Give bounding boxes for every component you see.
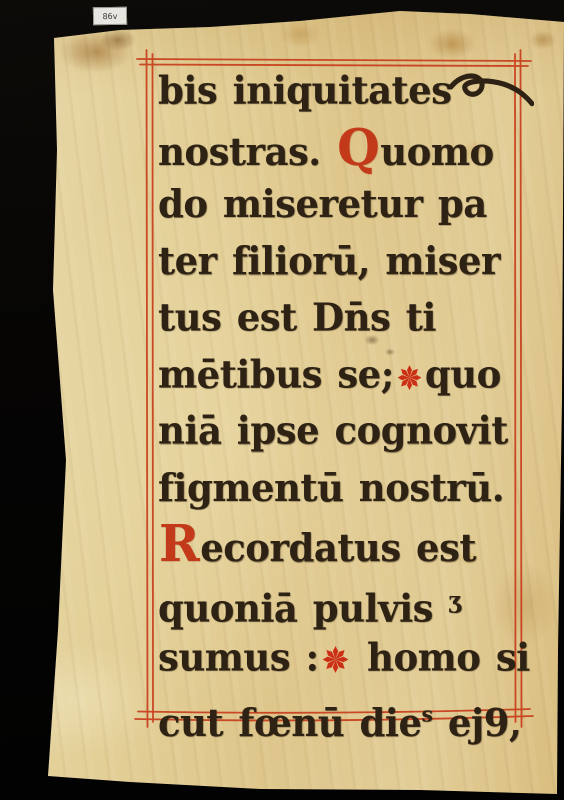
text-segment: nostras. bbox=[158, 128, 336, 174]
text-segment: uomo bbox=[380, 128, 493, 174]
rubric-star-icon bbox=[397, 364, 422, 390]
flex-punctuation-mark: ʒ bbox=[448, 587, 460, 614]
manuscript-text-line: ter filiorū, miser bbox=[158, 232, 530, 289]
text-segment: sumus : bbox=[158, 634, 319, 680]
folio-label-text: 86v bbox=[102, 11, 117, 20]
manuscript-text-line: bis iniquitates bbox=[158, 62, 530, 119]
manuscript-text-line: do miseretur pa bbox=[158, 175, 530, 232]
text-segment: ecordatus est bbox=[200, 525, 476, 571]
photo-background: bis iniquitates nostras. Quomo do misere… bbox=[0, 0, 564, 800]
manuscript-text-line: mētibus se;quo bbox=[158, 345, 530, 402]
text-segment: cut fœnū die bbox=[158, 699, 422, 745]
manuscript-text-block: bis iniquitates nostras. Quomo do misere… bbox=[158, 62, 530, 742]
text-segment: ter filiorū, miser bbox=[158, 237, 500, 283]
superscript-abbreviation: s bbox=[422, 701, 433, 726]
rubric-initial: Q bbox=[336, 117, 380, 177]
border-left-inner-line bbox=[153, 54, 154, 722]
manuscript-text-line: cut fœnū dies ej9, bbox=[158, 685, 530, 742]
text-segment: ej9, bbox=[432, 699, 521, 745]
border-left-outer-line bbox=[147, 50, 148, 727]
text-segment: quoniā pulvis bbox=[158, 585, 448, 631]
manuscript-text-line: Recordatus est bbox=[158, 515, 530, 572]
folio-label: 86v bbox=[93, 7, 127, 26]
text-segment: homo si bbox=[352, 634, 530, 680]
text-segment: niā ipse cognovit bbox=[158, 407, 508, 453]
text-segment: figmentū nostrū. bbox=[158, 464, 504, 510]
text-segment: quo bbox=[425, 351, 501, 397]
manuscript-text-line: niā ipse cognovit bbox=[158, 402, 530, 459]
text-segment: do miseretur pa bbox=[158, 181, 487, 227]
swash-flourish-icon bbox=[448, 72, 534, 107]
text-segment: mētibus se; bbox=[158, 351, 394, 397]
manuscript-text-line: sumus : homo si bbox=[158, 629, 530, 686]
manuscript-text-line: tus est Dn̄s ti bbox=[158, 289, 530, 346]
text-segment: bis iniquitates bbox=[158, 67, 452, 113]
manuscript-text-line: nostras. Quomo bbox=[158, 119, 530, 176]
text-segment: tus est Dn̄s ti bbox=[158, 294, 436, 340]
rubric-star-icon bbox=[322, 645, 349, 673]
rubric-initial: R bbox=[158, 513, 200, 573]
manuscript-text-line: figmentū nostrū. bbox=[158, 459, 530, 516]
manuscript-text-line: quoniā pulvis ʒ bbox=[158, 572, 530, 629]
border-top-outer-line bbox=[137, 59, 531, 61]
